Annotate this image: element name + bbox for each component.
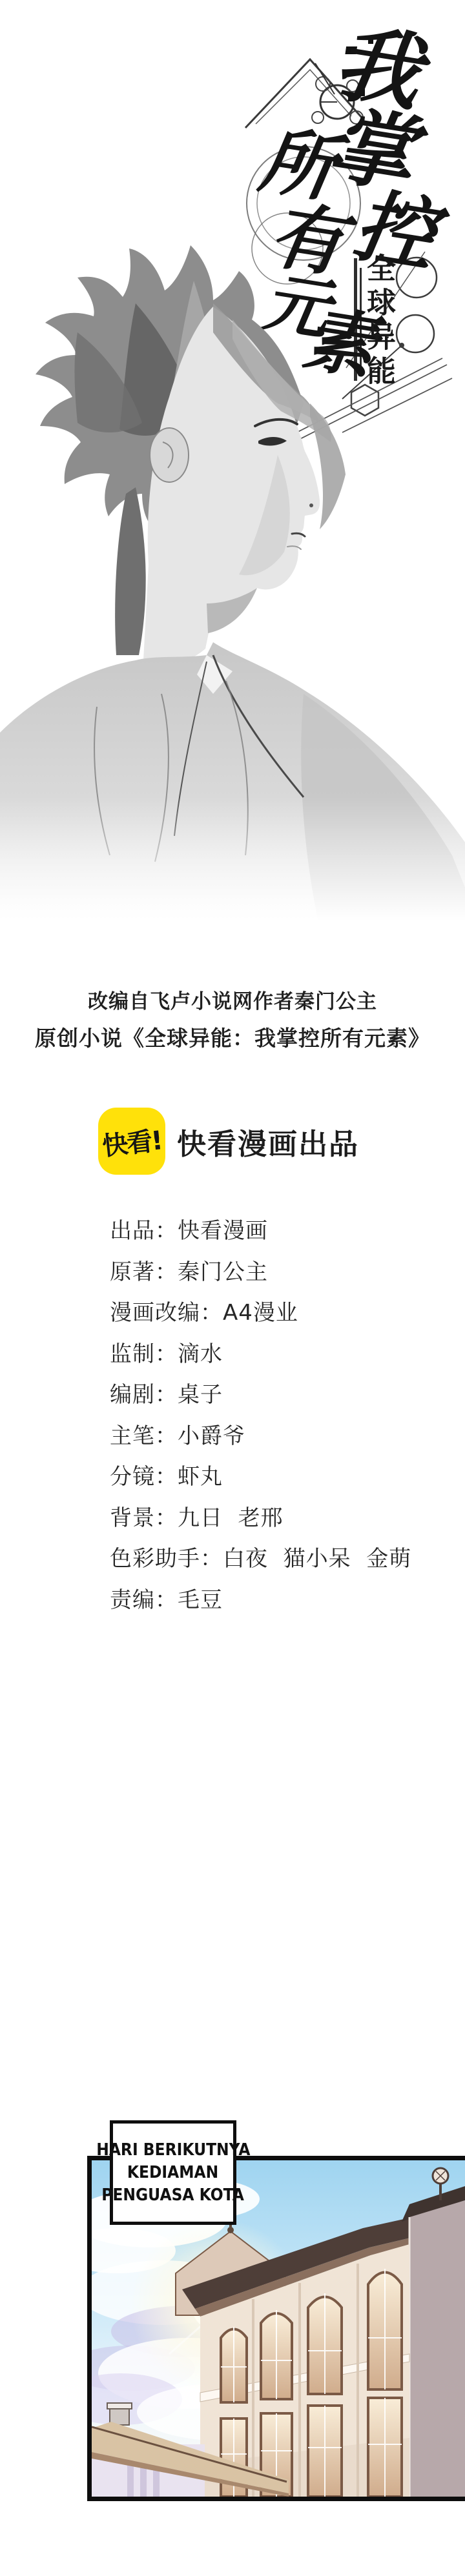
publisher-logo-row: 快看! 快看漫画出品: [98, 1108, 359, 1175]
protagonist-portrait-art: [0, 242, 465, 942]
credit-line-color-assistants: 色彩助手：白夜 猫小呆 金萌: [110, 1539, 411, 1580]
publisher-name: 快看漫画出品: [177, 1121, 359, 1162]
staff-credits-list: 出品：快看漫画 原著：秦门公主 漫画改编：A4漫业 监制：滴水 编剧：桌子 主笔…: [110, 1211, 411, 1621]
credit-line-storyboard: 分镜：虾丸: [110, 1457, 411, 1498]
credit-line-editor: 责编：毛豆: [110, 1580, 411, 1621]
adaptation-note: 改编自飞卢小说网作者秦门公主 原创小说《全球异能：我掌控所有元素》: [0, 985, 465, 1052]
kuaikan-badge-text: 快看!: [100, 1120, 163, 1162]
credit-line-background: 背景：九日 老邢: [110, 1498, 411, 1539]
credit-line-supervisor: 监制：滴水: [110, 1334, 411, 1375]
caption-line-3: PENGUASA KOTA: [102, 2184, 245, 2207]
scene-caption-box: HARI BERIKUTNYA KEDIAMAN PENGUASA KOTA: [110, 2120, 236, 2225]
adaptation-source-line: 改编自飞卢小说网作者秦门公主: [0, 985, 465, 1014]
credit-line-lead-artist: 主笔：小爵爷: [110, 1416, 411, 1457]
credit-line-producer: 出品：快看漫画: [110, 1211, 411, 1252]
adaptation-novel-line: 原创小说《全球异能：我掌控所有元素》: [0, 1022, 465, 1052]
credit-line-writer: 编剧：桌子: [110, 1375, 411, 1416]
credit-line-original: 原著：秦门公主: [110, 1252, 411, 1293]
credit-line-adaptation: 漫画改编：A4漫业: [110, 1293, 411, 1334]
kuaikan-logo-icon: 快看!: [98, 1108, 165, 1175]
comic-page: 我 掌 控 所 有 元 素 全球异能: [0, 0, 465, 2576]
caption-line-1: HARI BERIKUTNYA: [96, 2139, 250, 2162]
caption-line-2: KEDIAMAN: [127, 2162, 218, 2184]
